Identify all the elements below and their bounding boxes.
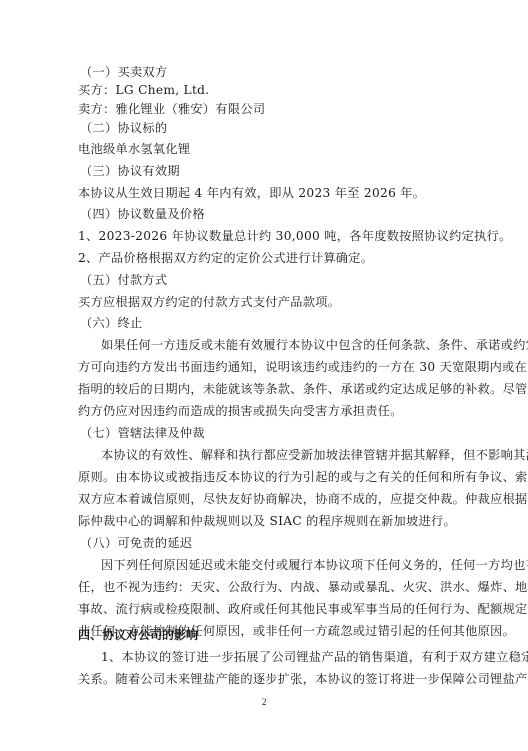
excusable-delay-para-line: 事故、流行病或检疫限制、政府或任何其他民事或军事当局的任何行为、配额规定或罢工， [78, 602, 448, 616]
buyer-line: 买方：LG Chem, Ltd. [78, 83, 209, 97]
section-heading-governing-law: （七）管辖法律及仲裁 [80, 426, 205, 440]
price-line: 2、产品价格根据双方约定的定价公式进行计算确定。 [78, 251, 373, 265]
section-heading-parties: （一）买卖双方 [80, 65, 167, 79]
section-heading-termination: （六）终止 [80, 316, 142, 330]
section-heading-impact: 四、协议对公司的影响 [78, 628, 198, 642]
termination-para-line: 如果任何一方违反或未能有效履行本协议中包含的任何条款、条件、承诺或约定，另一 [101, 338, 448, 352]
termination-para-line: 方可向违约方发出书面违约通知，说明该违约或违约的一方在 30 天宽限期内或在该通… [78, 360, 448, 374]
section-heading-quantity-price: （四）协议数量及价格 [80, 207, 205, 221]
subject-line: 电池级单水氢氧化锂 [78, 142, 190, 156]
impact-para-line: 1、本协议的签订进一步拓展了公司锂盐产品的销售渠道，有利于双方建立稳定的购销 [101, 650, 448, 664]
termination-para-line: 指明的较后的日期内，未能就该等条款、条件、承诺或约定达成足够的补救。尽管如此，违 [78, 382, 448, 396]
term-line: 本协议从生效日期起 4 年内有效，即从 2023 年至 2026 年。 [78, 186, 425, 200]
page-number: 2 [262, 697, 267, 707]
document-page: （一）买卖双方 买方：LG Chem, Ltd. 卖方：雅化锂业（雅安）有限公司… [0, 0, 528, 751]
section-heading-subject: （二）协议标的 [80, 121, 167, 135]
governing-law-para-line: 际仲裁中心的调解和仲裁规则以及 SIAC 的程序规则在新加坡进行。 [78, 514, 456, 528]
termination-para-line: 约方仍应对因违约而造成的损害或损失向受害方承担责任。 [78, 404, 403, 418]
governing-law-para-line: 本协议的有效性、解释和执行都应受新加坡法律管辖并据其解释，但不影响其法律冲突 [101, 448, 448, 462]
governing-law-para-line: 原则。由本协议或被指违反本协议的行为引起的或与之有关的任何和所有争议、索赔或分歧… [78, 470, 448, 484]
section-heading-excusable-delay: （八）可免责的延迟 [80, 536, 192, 550]
excusable-delay-para-line: 因下列任何原因延迟或未能交付或履行本协议项下任何义务的，任何一方均也不承担责 [101, 558, 448, 572]
payment-line: 买方应根据双方约定的付款方式支付产品款项。 [78, 295, 340, 309]
section-heading-term: （三）协议有效期 [80, 164, 180, 178]
excusable-delay-para-line: 任，也不视为违约：天灾、公敌行为、内战、暴动或暴乱、火灾、洪水、爆炸、地震或严重 [78, 580, 448, 594]
section-heading-payment: （五）付款方式 [80, 273, 167, 287]
seller-line: 卖方：雅化锂业（雅安）有限公司 [78, 102, 265, 116]
impact-para-line: 关系。随着公司未来锂盐产能的逐步扩张，本协议的签订将进一步保障公司锂盐产品的顺利 [78, 672, 448, 686]
governing-law-para-line: 双方应本着诚信原则，尽快友好协商解决，协商不成的，应提交仲裁。仲裁应根据新加坡国 [78, 492, 448, 506]
quantity-line: 1、2023-2026 年协议数量总计约 30,000 吨，各年度数按照协议约定… [78, 229, 512, 243]
